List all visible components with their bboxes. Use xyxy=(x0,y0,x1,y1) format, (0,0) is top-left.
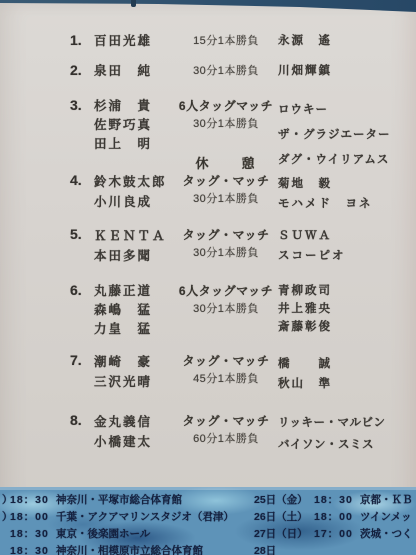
match-number: 8. xyxy=(70,412,94,428)
schedule-venue-left: 神奈川・平塚市総合体育館 xyxy=(56,493,254,507)
schedule-date-right: 25日（金） xyxy=(254,493,314,507)
schedule-venue-right: 茨城・つく xyxy=(360,527,416,541)
match-type-or-duration: 30分1本勝負 xyxy=(178,300,274,318)
table-edge-top xyxy=(0,0,416,14)
match-row: 7. 潮崎 豪三沢光晴 タッグ・マッチ45分1本勝負 橋 誠秋山 準 xyxy=(70,352,408,394)
match-side-right: ＳＵＷＡスコーピオ xyxy=(274,226,408,266)
match-type-or-duration: 30分1本勝負 xyxy=(178,190,274,208)
wrestler-name: 百田光雄 xyxy=(94,32,178,50)
schedule-time-right: 18：00 xyxy=(314,510,360,524)
wrestler-name: 三沢光晴 xyxy=(94,372,178,392)
wrestler-name: 佐野巧真 xyxy=(94,116,178,135)
wrestler-name: 杉浦 貴 xyxy=(94,97,178,116)
wrestler-name: ＫＥＮＴＡ xyxy=(94,226,178,246)
wrestler-name: 森嶋 猛 xyxy=(94,301,178,320)
match-stipulation: 6人タッグマッチ30分1本勝負 xyxy=(178,97,274,133)
schedule-time-right: 17：00 xyxy=(314,527,360,541)
schedule-venue-left: 千葉・アクアマリンスタジオ（君津） xyxy=(56,510,254,524)
opponent-name: スコーピオ xyxy=(278,246,408,266)
match-stipulation: 6人タッグマッチ30分1本勝負 xyxy=(178,282,274,318)
match-row: 1. 百田光雄 15分1本勝負 永源 遙 xyxy=(70,32,408,50)
match-type-or-duration: タッグ・マッチ xyxy=(178,412,274,430)
schedule-time-left: 18：00 xyxy=(10,510,56,524)
match-type-or-duration: タッグ・マッチ xyxy=(178,352,274,370)
schedule-date-fragment: ） xyxy=(2,493,10,507)
opponent-name: バイソン・スミス xyxy=(278,434,408,456)
match-stipulation: タッグ・マッチ30分1本勝負 xyxy=(178,172,274,208)
schedule-date-right: 27日（日） xyxy=(254,527,314,541)
tour-schedule-band: ） 18：30 神奈川・平塚市総合体育館 25日（金） 18：30 京都・ＫＢ … xyxy=(0,487,416,555)
top-edge-mark xyxy=(131,0,136,7)
intermission-label: 休 憩 xyxy=(150,153,310,172)
match-row: 8. 金丸義信小橋建太 タッグ・マッチ60分1本勝負 リッキー・マルビンバイソン… xyxy=(70,412,408,456)
schedule-date-fragment xyxy=(2,544,10,555)
schedule-venue-right: ツインメッ xyxy=(360,510,416,524)
opponent-name: 秋山 準 xyxy=(278,374,408,394)
match-side-left: ＫＥＮＴＡ本田多聞 xyxy=(94,226,178,266)
opponent-name: リッキー・マルビン xyxy=(278,412,408,434)
schedule-venue-left: 東京・後楽園ホール xyxy=(56,527,254,541)
match-side-right: 青柳政司井上雅央斎藤彰俊 xyxy=(274,282,408,336)
match-number: 2. xyxy=(70,62,94,78)
match-type-or-duration: 30分1本勝負 xyxy=(178,244,274,262)
schedule-date-right: 26日（土） xyxy=(254,510,314,524)
schedule-row: 18：30 神奈川・相模原市立総合体育館 28日 xyxy=(2,544,416,555)
schedule-row: ） 18：00 千葉・アクアマリンスタジオ（君津） 26日（土） 18：00 ツ… xyxy=(2,510,416,524)
match-side-right: 川畑輝鎮 xyxy=(274,62,408,80)
wrestler-name: 田上 明 xyxy=(94,135,178,154)
match-side-right: 橋 誠秋山 準 xyxy=(274,352,408,394)
match-number: 5. xyxy=(70,226,94,242)
opponent-name: 青柳政司 xyxy=(278,282,408,300)
wrestler-name: 泉田 純 xyxy=(94,62,178,80)
match-type-or-duration: タッグ・マッチ xyxy=(178,172,274,190)
schedule-time-right xyxy=(314,544,360,555)
schedule-date-right: 28日 xyxy=(254,544,314,555)
schedule-row: ） 18：30 神奈川・平塚市総合体育館 25日（金） 18：30 京都・ＫＢ xyxy=(2,493,416,507)
schedule-date-fragment: ） xyxy=(2,510,10,524)
schedule-venue-right xyxy=(360,544,416,555)
match-side-right: 菊地 毅モハメド ヨネ xyxy=(274,172,408,214)
match-number: 6. xyxy=(70,282,94,298)
wrestler-name: 鈴木鼓太郎 xyxy=(94,172,178,192)
schedule-time-left: 18：30 xyxy=(10,544,56,555)
match-side-right: 永源 遙 xyxy=(274,32,408,50)
match-side-left: 杉浦 貴佐野巧真田上 明 xyxy=(94,97,178,154)
match-side-left: 金丸義信小橋建太 xyxy=(94,412,178,452)
opponent-name: 川畑輝鎮 xyxy=(278,62,408,80)
match-type-or-duration: 15分1本勝負 xyxy=(178,32,274,50)
wrestler-name: 丸藤正道 xyxy=(94,282,178,301)
opponent-name: 永源 遙 xyxy=(278,32,408,50)
match-side-left: 潮崎 豪三沢光晴 xyxy=(94,352,178,392)
wrestler-name: 潮崎 豪 xyxy=(94,352,178,372)
match-stipulation: タッグ・マッチ60分1本勝負 xyxy=(178,412,274,448)
opponent-name: ザ・グラジエーター xyxy=(278,123,408,147)
match-side-left: 丸藤正道森嶋 猛力皇 猛 xyxy=(94,282,178,339)
match-type-or-duration: 45分1本勝負 xyxy=(178,370,274,388)
match-type-or-duration: 6人タッグマッチ xyxy=(178,97,274,115)
wrestler-name: 小川良成 xyxy=(94,192,178,212)
match-stipulation: 30分1本勝負 xyxy=(178,62,274,80)
schedule-row: 18：30 東京・後楽園ホール 27日（日） 17：00 茨城・つく xyxy=(2,527,416,541)
match-side-left: 鈴木鼓太郎小川良成 xyxy=(94,172,178,212)
match-type-or-duration: タッグ・マッチ xyxy=(178,226,274,244)
match-type-or-duration: 6人タッグマッチ xyxy=(178,282,274,300)
match-type-or-duration: 60分1本勝負 xyxy=(178,430,274,448)
match-side-right: リッキー・マルビンバイソン・スミス xyxy=(274,412,408,456)
opponent-name: モハメド ヨネ xyxy=(278,194,408,214)
match-row: 5. ＫＥＮＴＡ本田多聞 タッグ・マッチ30分1本勝負 ＳＵＷＡスコーピオ xyxy=(70,226,408,266)
opponent-name: ＳＵＷＡ xyxy=(278,226,408,246)
wrestler-name: 金丸義信 xyxy=(94,412,178,432)
wrestler-name: 小橋建太 xyxy=(94,432,178,452)
match-number: 7. xyxy=(70,352,94,368)
match-stipulation: タッグ・マッチ30分1本勝負 xyxy=(178,226,274,262)
schedule-time-right: 18：30 xyxy=(314,493,360,507)
opponent-name: 井上雅央 xyxy=(278,300,408,318)
wrestler-name: 力皇 猛 xyxy=(94,320,178,339)
match-row: 2. 泉田 純 30分1本勝負 川畑輝鎮 xyxy=(70,62,408,80)
match-type-or-duration: 30分1本勝負 xyxy=(178,62,274,80)
match-number: 4. xyxy=(70,172,94,188)
match-side-left: 泉田 純 xyxy=(94,62,178,80)
match-number: 3. xyxy=(70,97,94,113)
schedule-venue-right: 京都・ＫＢ xyxy=(360,493,416,507)
opponent-name: ロウキー xyxy=(278,98,408,122)
schedule-date-fragment xyxy=(2,527,10,541)
match-row: 6. 丸藤正道森嶋 猛力皇 猛 6人タッグマッチ30分1本勝負 青柳政司井上雅央… xyxy=(70,282,408,339)
match-card-photo: 1. 百田光雄 15分1本勝負 永源 遙 2. 泉田 純 30分1本勝負 川畑輝… xyxy=(0,0,416,555)
match-stipulation: 15分1本勝負 xyxy=(178,32,274,50)
match-number: 1. xyxy=(70,32,94,48)
match-stipulation: タッグ・マッチ45分1本勝負 xyxy=(178,352,274,388)
opponent-name: 斎藤彰俊 xyxy=(278,318,408,336)
match-side-left: 百田光雄 xyxy=(94,32,178,50)
wrestler-name: 本田多聞 xyxy=(94,246,178,266)
schedule-venue-left: 神奈川・相模原市立総合体育館 xyxy=(56,544,254,555)
match-row: 4. 鈴木鼓太郎小川良成 タッグ・マッチ30分1本勝負 菊地 毅モハメド ヨネ xyxy=(70,172,408,214)
schedule-time-left: 18：30 xyxy=(10,493,56,507)
match-type-or-duration: 30分1本勝負 xyxy=(178,115,274,133)
opponent-name: 橋 誠 xyxy=(278,354,408,374)
opponent-name: 菊地 毅 xyxy=(278,174,408,194)
schedule-time-left: 18：30 xyxy=(10,527,56,541)
